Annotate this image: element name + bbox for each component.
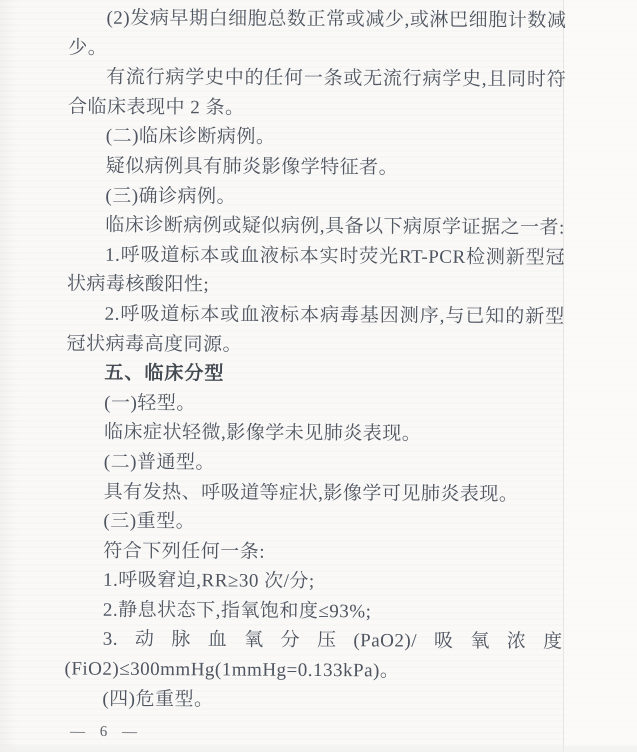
paragraph: 2.静息状态下,指氧饱和度≤93%; <box>65 595 563 628</box>
paragraph: (四)危重型。 <box>64 684 562 717</box>
paragraph: 3.动脉血氧分压(PaO2)/吸氧浓度(FiO2)≤300mmHg(1mmHg=… <box>64 625 562 687</box>
scan-bottom-edge <box>0 746 637 752</box>
paragraph: 临床诊断病例或疑似病例,具备以下病原学证据之一者: <box>67 211 565 244</box>
paragraph: 具有发热、呼吸道等症状,影像学可见肺炎表现。 <box>66 477 564 510</box>
paragraph: 有流行病学史中的任何一条或无流行病学史,且同时符合临床表现中 2 条。 <box>68 63 566 125</box>
paragraph: (三)确诊病例。 <box>67 181 565 214</box>
paragraph: 2.呼吸道标本或血液标本病毒基因测序,与已知的新型冠状病毒高度同源。 <box>66 299 564 361</box>
paragraph: (三)重型。 <box>65 507 563 540</box>
paragraph: 临床症状轻微,影像学未见肺炎表现。 <box>66 418 564 451</box>
paragraph: (二)临床诊断病例。 <box>68 122 566 155</box>
paragraph: (一)轻型。 <box>66 388 564 421</box>
paragraph: (2)发病早期白细胞总数正常或减少,或淋巴细胞计数减少。 <box>68 3 566 65</box>
scan-right-margin <box>564 0 637 752</box>
paragraph: 疑似病例具有肺炎影像学特征者。 <box>68 151 566 184</box>
paragraph: (二)普通型。 <box>66 447 564 480</box>
document-page: (2)发病早期白细胞总数正常或减少,或淋巴细胞计数减少。 有流行病学史中的任何一… <box>0 0 637 752</box>
paragraph: 1.呼吸窘迫,RR≥30 次/分; <box>65 566 563 599</box>
document-body: (2)发病早期白细胞总数正常或减少,或淋巴细胞计数减少。 有流行病学史中的任何一… <box>64 3 566 716</box>
page-number: — 6 — <box>70 724 138 741</box>
paragraph: 1.呼吸道标本或血液标本实时荧光RT-PCR检测新型冠状病毒核酸阳性; <box>67 240 565 302</box>
paragraph: 符合下列任何一条: <box>65 536 563 569</box>
section-heading: 五、临床分型 <box>66 359 564 392</box>
